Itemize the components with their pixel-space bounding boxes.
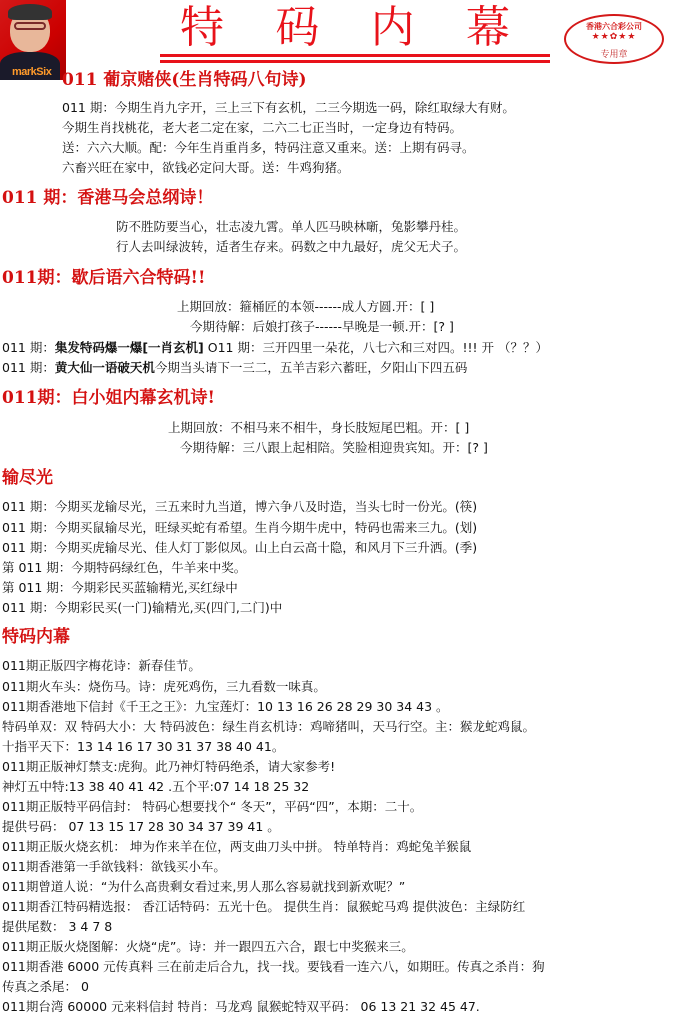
title-underline-bottom: [160, 60, 550, 63]
tip-row: 011 期：集发特码爆一爆[一肖玄机] O11 期：三开四里一朵花，八七六和三对…: [2, 338, 548, 358]
list-item: 011期香江特码精选报： 香江话特码：五光十色。 提供生肖：鼠猴蛇马鸡 提供波色…: [2, 897, 525, 917]
poem-line: 送：六六大顺。配：今年生肖重肖多，特码注意又重来。送：上期有码寻。: [62, 138, 475, 158]
title-underline-top: [160, 54, 550, 57]
section-heading-xiehouyu: 011期：歇后语六合特码!!: [2, 268, 205, 288]
list-item: 011期正版火烧玄机： 坤为作来羊在位，两支曲刀头中拼。 特单特肖：鸡蛇兔羊猴鼠: [2, 837, 471, 857]
section-heading-hkjc: 011 期：香港马会总纲诗！: [2, 188, 213, 208]
stamp-bottom-text: 专用章: [566, 47, 662, 60]
poem-line: 行人去叫绿波转，适者生存来。码数之中九最好，虎父无犬子。: [116, 237, 466, 257]
poem-line: 防不胜防要当心，壮志凌九霄。单人匹马映林噺，兔影攀丹桂。: [116, 217, 466, 237]
list-item: 011 期：今期彩民买(一门)输精光,买(四门,二门)中: [2, 598, 282, 618]
stamp-stars: ★★✿★★: [566, 32, 662, 42]
list-item: 011期台湾 60000 元来料信封 特肖：马龙鸡 鼠猴蛇特双平码： 06 13…: [2, 997, 480, 1017]
list-item: 提供尾数： 3 4 7 8: [2, 917, 112, 937]
official-stamp-icon: 香港六合彩公司 ★★✿★★ 专用章: [564, 14, 664, 64]
list-item: 第 011 期：今期彩民买蓝输精光,买红绿中: [2, 578, 238, 598]
section-heading-miss-bai: 011期：白小姐内幕玄机诗!: [2, 388, 215, 408]
list-item: 011期正版火烧图解：火烧“虎”。诗：并一跟四五六合，跟七中奖猴来三。: [2, 937, 414, 957]
list-item: 提供号码： 07 13 15 17 28 30 34 37 39 41 。: [2, 817, 280, 837]
list-item: 神灯五中特:13 38 40 41 42 .五个平:07 14 18 25 32: [2, 777, 309, 797]
title-char-2: 码: [275, 2, 319, 54]
list-item: 十指平天下：13 14 16 17 30 31 37 38 40 41。: [2, 737, 284, 757]
current-period-riddle: 今期待解：后娘打孩子------早晚是一顿.开：[? ]: [190, 317, 454, 337]
last-period-answer: 上期回放：箍桶匠的本领------成人方圆.开：[ ]: [177, 297, 434, 317]
list-item: 传真之杀尾： 0: [2, 977, 89, 997]
title-char-4: 幕: [466, 2, 510, 54]
list-item: 011期正版四字梅花诗：新春佳节。: [2, 656, 201, 676]
poem-line: 011 期：今期生肖九字开，三上三下有玄机，二三今期选一码，除红取绿大有财。: [62, 98, 515, 118]
list-item: 第 011 期：今期特码绿红色，牛羊来中奖。: [2, 558, 246, 578]
title-char-3: 内: [371, 2, 415, 54]
list-item: 011 期：今期买虎输尽光、佳人灯丁影似凤。山上白云高十隐，和风月下三升洒。(季…: [2, 538, 477, 558]
avatar-image: markSix: [0, 0, 66, 80]
tip-row: 011 期：黄大仙一语破天机今期当头请下一三二，五羊吉彩六蓄旺，夕阳山下四五码: [2, 358, 467, 378]
list-item: 特码单双：双 特码大小：大 特码波色：绿生肖玄机诗：鸡啼猪叫，天马行空。主：猴龙…: [2, 717, 535, 737]
title-char-1: 特: [180, 2, 224, 54]
last-period-answer: 上期回放：不相马来不相牛，身长肢短尾巴粗。开：[ ]: [168, 418, 469, 438]
section-heading-lose-all: 输尽光: [2, 468, 53, 488]
list-item: 011期香港第一手欲钱料：欲钱买小车。: [2, 857, 226, 877]
avatar-glasses: [14, 22, 46, 30]
page-title: 特 码 内 幕: [160, 2, 530, 62]
list-item: 011 期：今期买鼠输尽光，旺绿买蛇有希望。生肖今期牛虎中，特码也需来三九。(划…: [2, 518, 477, 538]
list-item: 011期曾道人说：“为什么高贵剩女看过来,男人那么容易就找到新欢呢？”: [2, 877, 405, 897]
list-item: 011期正版神灯禁支:虎狗。此乃神灯特码绝杀，请大家参考!: [2, 757, 335, 777]
list-item: 011期火车头：烧伤马。诗：虎死鸡伤，三九看数一味真。: [2, 677, 326, 697]
poem-line: 六畜兴旺在家中，欲钱必定问大哥。送：牛鸡狗猪。: [62, 158, 350, 178]
current-period-riddle: 今期待解：三八跟上起相陪。笑脸相迎贵宾知。开：[? ]: [180, 438, 488, 458]
section-heading-poem: 011 葡京赌侠(生肖特码八句诗): [62, 70, 307, 90]
avatar-label: markSix: [12, 66, 51, 78]
stamp-top-text: 香港六合彩公司: [566, 21, 662, 32]
list-item: 011期香港地下信封《千王之王》：九宝莲灯：10 13 16 26 28 29 …: [2, 697, 449, 717]
poem-line: 今期生肖找桃花，老大老二定在家，二六二七正当时，一定身边有特码。: [62, 118, 462, 138]
list-item: 011期香港 6000 元传真料 三在前走后合九，找一找。要钱看一连六八，如期旺…: [2, 957, 545, 977]
section-heading-inside-info: 特码内幕: [2, 627, 70, 647]
avatar-hair: [8, 4, 52, 20]
list-item: 011 期：今期买龙输尽光，三五来时九当道，博六争八及时造，当头七时一份光。(筷…: [2, 497, 477, 517]
list-item: 011期正版特平码信封： 特码心想要找个“ 冬天”，平码“四”，本期：二十。: [2, 797, 422, 817]
